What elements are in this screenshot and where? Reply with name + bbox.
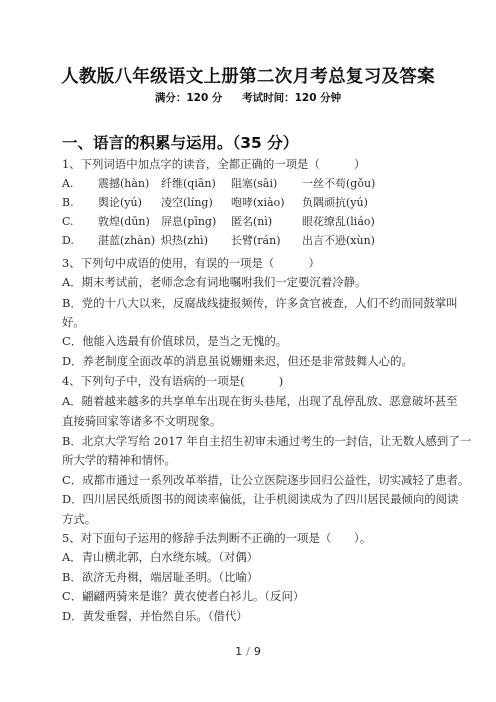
option-item: 匿名(nì): [231, 215, 272, 229]
question-5-option-a: A．青山横北郭，白水绕东城。（对偶）: [62, 550, 258, 564]
document-title: 人教版八年级语文上册第二次月考总复习及答案: [0, 63, 496, 88]
page-indicator: 1/9: [0, 645, 496, 658]
question-3-option-b-cont: 好。: [62, 315, 85, 329]
current-page: 1: [235, 645, 242, 658]
total-pages: 9: [254, 645, 261, 658]
question-5-option-b: B．欲济无舟楫，端居耻圣明。（比喻）: [62, 570, 258, 584]
document-page: 人教版八年级语文上册第二次月考总复习及答案 满分：120 分 考试时间：120 …: [0, 0, 496, 702]
option-item: 凌空(líng): [161, 196, 213, 210]
option-item: 震撼(hàn): [98, 177, 149, 191]
question-1-stem: 1、下列词语中加点字的读音，全都正确的一项是（ ）: [62, 157, 365, 171]
question-3-option-a: A．期末考试前，老师念念有词地嘱咐我们一定要沉着冷静。: [62, 275, 366, 289]
option-item: 炽热(zhì): [161, 234, 208, 248]
question-3-option-b: B．党的十八大以来，反腐战线捷报频传，许多贪官被查，人们不约而同鼓掌叫: [62, 296, 458, 310]
exam-time: 考试时间：120 分钟: [242, 92, 341, 104]
question-4-option-b: B．北京大学写给 2017 年自主招生初审未通过考生的一封信，让无数人感到了一: [62, 434, 471, 448]
page-separator: /: [246, 645, 250, 658]
option-item: 眼花缭乱(liáo): [302, 215, 375, 229]
option-label: A.: [62, 177, 73, 191]
option-item: 一丝不苟(gǒu): [302, 177, 375, 191]
question-4-option-d-cont: 方式。: [62, 512, 96, 526]
option-item: 湛蓝(zhàn): [98, 234, 155, 248]
option-item: 屏息(pīng): [161, 215, 216, 229]
question-5-stem: 5、对下面句子运用的修辞手法判断不正确的一项是（ ）。: [62, 531, 371, 545]
question-5-option-d: D．黄发垂髫，并怡然自乐。（借代）: [62, 609, 248, 623]
question-3-stem: 3、下列句中成语的使用，有误的一项是（ ）: [62, 256, 320, 270]
question-4-stem: 4、下列句子中，没有语病的一项是( ): [62, 374, 283, 388]
full-score: 满分：120 分: [155, 92, 223, 104]
question-4-option-d: D．四川居民纸质图书的阅读率偏低，让手机阅读成为了四川居民最倾向的阅读: [62, 492, 458, 506]
option-item: 咆哮(xiào): [231, 196, 285, 210]
question-4-option-a: A．随着越来越多的共享单车出现在街头巷尾，出现了乱停乱放、恶意破坏甚至: [62, 394, 458, 408]
option-item: 长臂(rán): [231, 234, 280, 248]
option-label: C.: [62, 215, 74, 229]
option-item: 负隅顽抗(yú): [302, 196, 368, 210]
option-label: D.: [62, 234, 74, 248]
option-item: 敦煌(dūn): [98, 215, 150, 229]
question-3-option-c: C．他能入选最有价值球员，是当之无愧的。: [62, 334, 287, 348]
question-5-option-c: C．翩翩两骑来是谁？黄衣使者白衫儿。（反问）: [62, 589, 304, 603]
option-item: 阻塞(sāi): [231, 177, 277, 191]
option-item: 纤维(qiān): [161, 177, 216, 191]
option-label: B.: [62, 196, 74, 210]
question-3-option-d: D．养老制度全面改革的消息虽说姗姗来迟，但还是非常鼓舞人心的。: [62, 354, 413, 368]
question-4-option-b-cont: 所大学的精神和情怀。: [62, 453, 176, 467]
option-item: 出言不逊(xùn): [302, 234, 375, 248]
question-4-option-c: C．成都市通过一系列改革举措，让公立医院逐步回归公益性，切实减轻了患者。: [62, 473, 469, 487]
option-item: 舆论(yú): [98, 196, 142, 210]
exam-info: 满分：120 分 考试时间：120 分钟: [0, 90, 496, 105]
question-4-option-a-cont: 直接骑回家等诸多不文明现象。: [62, 414, 221, 428]
section-heading: 一、语言的积累与运用。（35 分）: [62, 131, 298, 153]
